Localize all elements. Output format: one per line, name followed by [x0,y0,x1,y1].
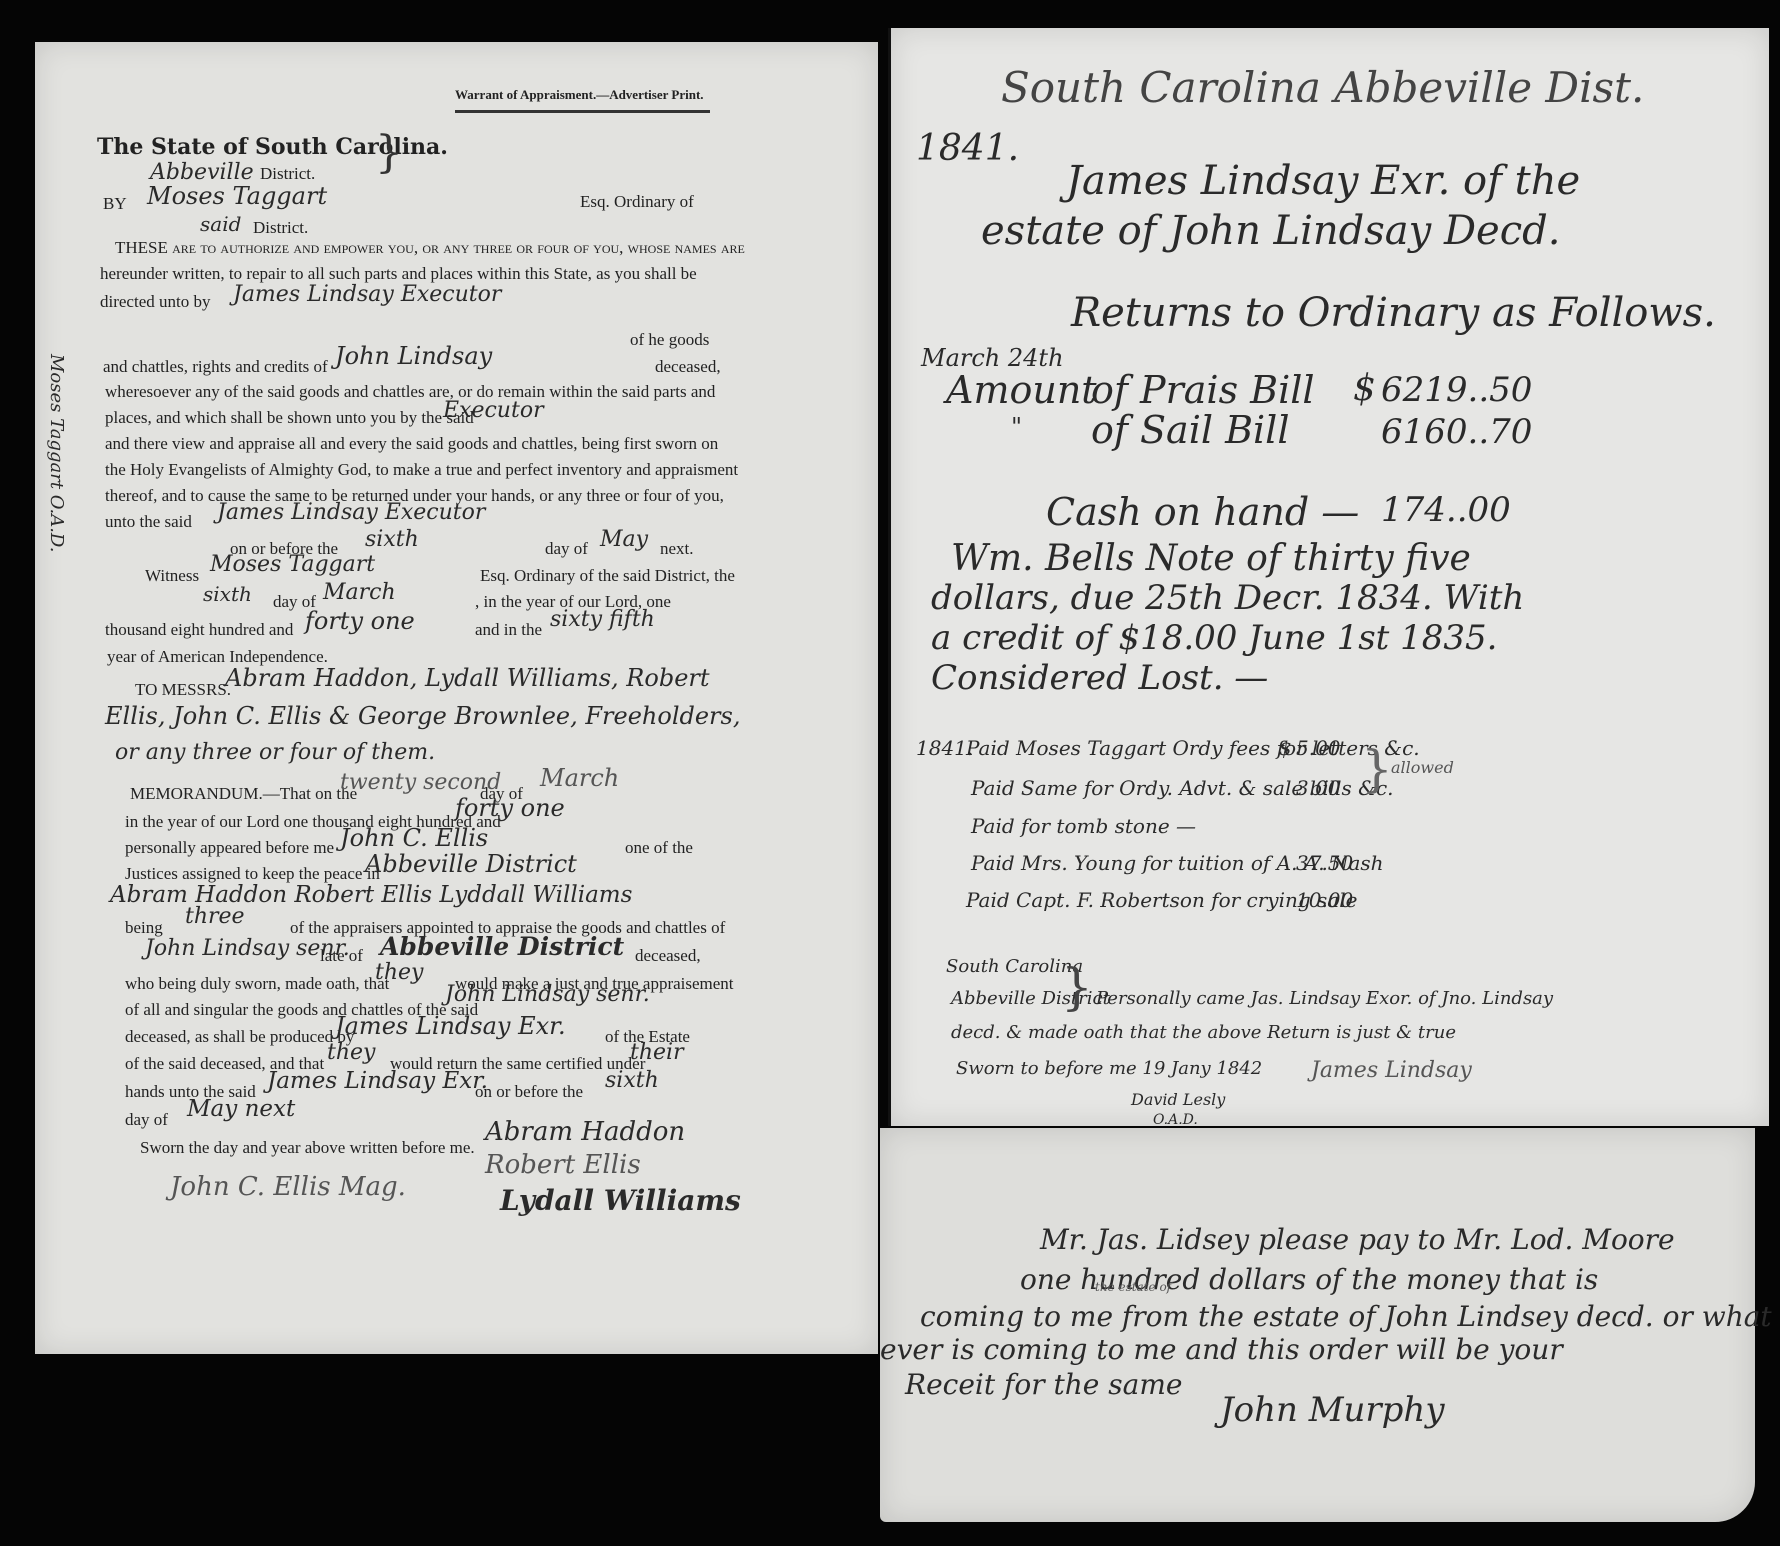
memo-hands-hand: James Lindsay Exr. [267,1068,488,1094]
district-label: District. [260,164,315,184]
witness-day: sixth [203,582,252,606]
executor-name-2: James Lindsay Executor [217,500,485,525]
by-label: BY [103,194,127,214]
memo-appeared: personally appeared before me [125,838,334,858]
returns-heading-3: estate of John Lindsay Decd. [981,208,1560,254]
payment-amount: 3.00 [1296,776,1341,800]
payment-label: Paid for tomb stone — [971,814,1196,838]
para1-line6: wheresoever any of the said goods and ch… [105,382,715,402]
memo-deceased: deceased, [635,946,701,966]
memo-month: March [540,764,619,792]
executor-hand: Executor [443,398,544,423]
messrs-line3: or any three or four of them. [115,740,435,765]
imprint-rule [455,110,710,113]
para1-line7: places, and which shall be shown unto yo… [105,408,474,428]
order-line-3: coming to me from the estate of John Lin… [920,1300,1772,1333]
memo-justices: Justices assigned to keep the peace in [125,864,380,884]
memo-one-of: one of the [625,838,693,858]
payments-year: 1841. [916,736,973,760]
note-line-3: a credit of $18.00 June 1st 1835. [931,618,1497,658]
para1-line2: hereunder written, to repair to all such… [100,264,697,284]
margin-note: Moses Taggart O.A.D. [46,354,67,552]
witness-label: Witness [145,566,199,586]
warrant-of-appraisement-page: Warrant of Appraisment.—Advertiser Print… [35,42,878,1354]
order-insertion: the estate of [1095,1280,1171,1294]
order-line-5: Receit for the same [905,1368,1182,1401]
entry-label: of Prais Bill [1091,368,1315,412]
entry-label: of Sail Bill [1091,408,1289,452]
order-line-4: ever is coming to me and this order will… [880,1333,1563,1366]
appraiser-signature-3: Lydall Williams [500,1184,741,1217]
memo-they: they [375,960,423,985]
allowed-note: allowed [1391,758,1454,777]
memo-district: Abbeville District [365,850,577,878]
oath-signer: James Lindsay [1311,1058,1472,1083]
memo-year-hand: forty one [455,794,565,822]
messrs-line1: Abram Haddon, Lydall Williams, Robert [225,664,710,692]
para1-line3: directed unto by [100,292,210,312]
independence-hand: sixty fifth [550,607,655,632]
payment-label: Paid Moses Taggart Ordy fees for letters… [966,736,1420,760]
memo-day-of-2: day of [125,1110,168,1130]
returns-heading-2: James Lindsay Exr. of the [1066,158,1580,204]
oath-line-1: Personally came Jas. Lindsay Exor. of Jn… [1096,988,1553,1009]
payment-order-slip: Mr. Jas. Lidsey please pay to Mr. Lod. M… [880,1128,1755,1522]
para1-line5a: and chattles, rights and credits of [103,357,328,377]
esq-ordinary: Esq. Ordinary of [580,192,694,212]
ordinary-title: O.A.D. [1153,1112,1198,1128]
entry-currency: $ [1353,368,1376,409]
executor-name: James Lindsay Executor [233,282,501,307]
note-line-4: Considered Lost. — [931,658,1268,698]
appraiser-signature-1: Abram Haddon [485,1117,685,1147]
return-month: May [600,527,648,552]
oath-sworn: Sworn to before me 19 Jany 1842 [956,1058,1262,1079]
returns-year: 1841. [916,128,1019,169]
ordinary-name: Moses Taggart [147,182,327,210]
memo-label: MEMORANDUM.—That on the [130,784,357,804]
imprint: Warrant of Appraisment.—Advertiser Print… [455,87,704,103]
ordinary-signature: David Lesly [1131,1090,1225,1109]
entry-amount: 6219..50 [1381,370,1532,410]
return-day: sixth [365,527,419,552]
thousand-text: thousand eight hundred and [105,620,293,640]
memo-sworn: who being duly sworn, made oath, that [125,974,389,994]
para1-line4: of he goods [630,330,709,350]
memo-return-they: they [327,1040,375,1065]
note-line-1: Wm. Bells Note of thirty five [951,538,1471,579]
memo-singular-hand: John Lindsay senr. [445,982,650,1007]
memo-late-of: late of [320,946,363,966]
memo-may: May next [187,1096,295,1122]
messrs-line2: Ellis, John C. Ellis & George Brownlee, … [105,702,740,730]
independence-text: and in the [475,620,542,640]
witness-month: March [323,580,396,605]
para1-line11: unto the said [105,512,192,532]
entry-amount: 174..00 [1381,490,1511,530]
memo-deceased-name: John Lindsay senr. [145,936,350,961]
memo-return-their: their [630,1040,684,1065]
said-hand: said [200,212,241,236]
justice-signature: John C. Ellis Mag. [170,1172,406,1202]
para1-line5b: deceased, [655,357,721,377]
district-label-2: District. [253,218,308,238]
oath-line-2: decd. & made oath that the above Return … [951,1022,1456,1043]
payment-currency: $ [1279,736,1292,760]
para1-line9: the Holy Evangelists of Almighty God, to… [105,460,738,480]
heading-brace: } [375,127,403,178]
witness-name: Moses Taggart [210,552,375,577]
memo-late-district: Abbeville District [380,932,624,961]
witness-esq: Esq. Ordinary of the said District, the [480,566,735,586]
payment-amount: 5.00 [1296,736,1341,760]
memo-being: being [125,918,163,938]
memo-justice: John C. Ellis [340,824,488,852]
oath-brace: } [1061,958,1093,1016]
allowed-brace: } [1361,740,1393,798]
deceased-name: John Lindsay [335,342,492,370]
entry-prefix: " [1011,413,1022,441]
entry-label: Cash on hand — [1046,490,1359,534]
returns-heading-1: South Carolina Abbeville Dist. [1001,63,1644,112]
memo-three: three [185,904,245,929]
memo-produced: deceased, as shall be produced by [125,1027,354,1047]
appraiser-signature-2: Robert Ellis [485,1150,641,1180]
payment-amount: 10.00 [1296,888,1353,912]
para1-line8: and there view and appraise all and ever… [105,434,718,454]
returns-to-ordinary-page: South Carolina Abbeville Dist. 1841. Jam… [888,28,1769,1126]
para1-line12c: next. [660,539,694,559]
memo-hands-rest: on or before the [475,1082,583,1102]
para1-line1: THESE are to authorize and empower you, … [115,238,745,258]
returns-heading-4: Returns to Ordinary as Follows. [1071,290,1716,336]
entry-prefix: Amount [946,368,1097,412]
payment-amount: 37.50 [1296,851,1353,875]
memo-produced-hand: James Lindsay Exr. [335,1012,566,1040]
sworn-text: Sworn the day and year above written bef… [140,1138,475,1158]
para1-line12b: day of [545,539,588,559]
memo-hands-day: sixth [605,1068,659,1093]
entry-amount: 6160..70 [1381,412,1532,452]
order-signature: John Murphy [1220,1390,1445,1430]
note-line-2: dollars, due 25th Decr. 1834. With [931,578,1524,618]
memo-day: twenty second [340,770,501,795]
to-messrs-label: TO MESSRS. [135,680,231,700]
thousand-hand: forty one [305,607,415,635]
order-line-1: Mr. Jas. Lidsey please pay to Mr. Lod. M… [1040,1223,1675,1256]
